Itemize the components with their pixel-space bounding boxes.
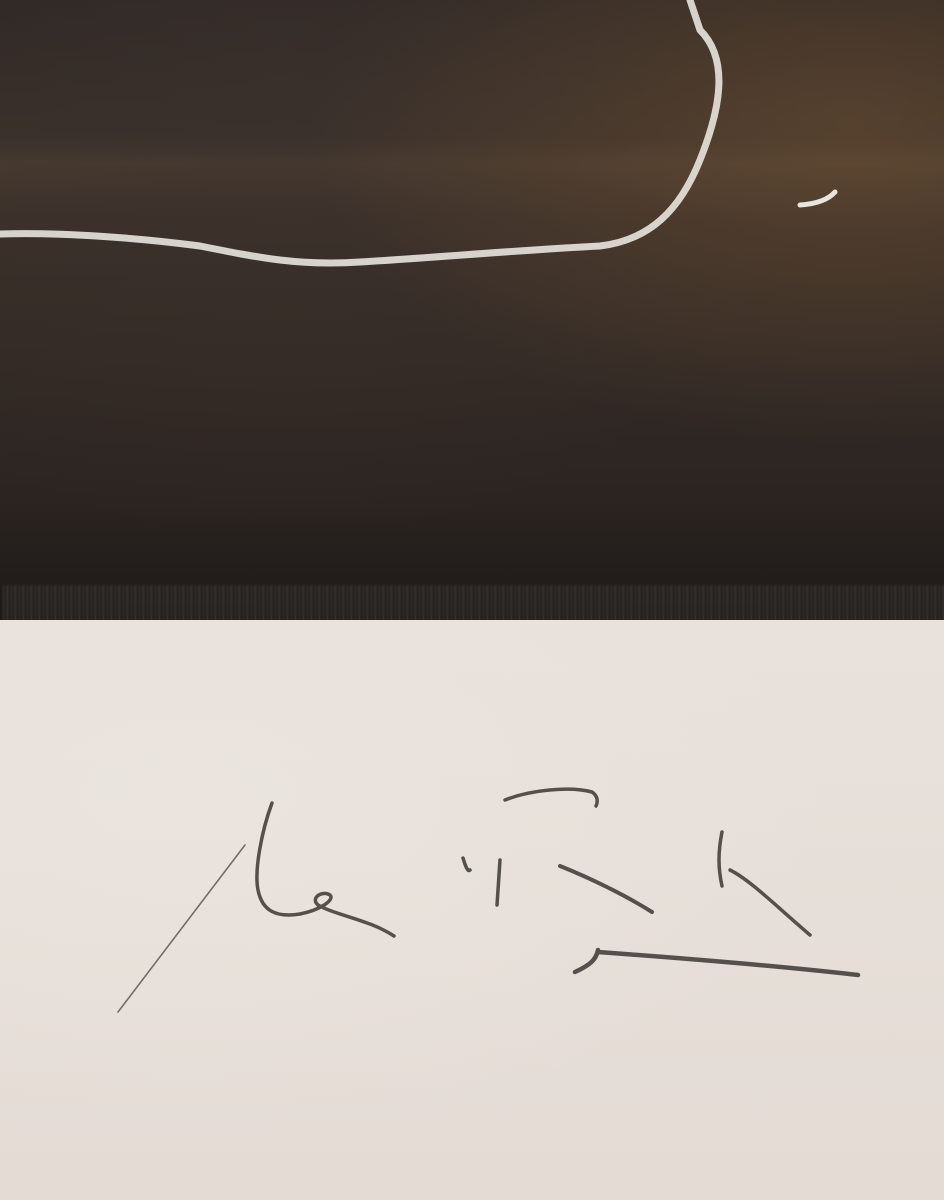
white-chalk-line	[0, 0, 719, 263]
artwork-strokes	[0, 0, 944, 1200]
pencil-signature	[118, 789, 858, 1012]
white-chalk-tick	[800, 192, 835, 205]
